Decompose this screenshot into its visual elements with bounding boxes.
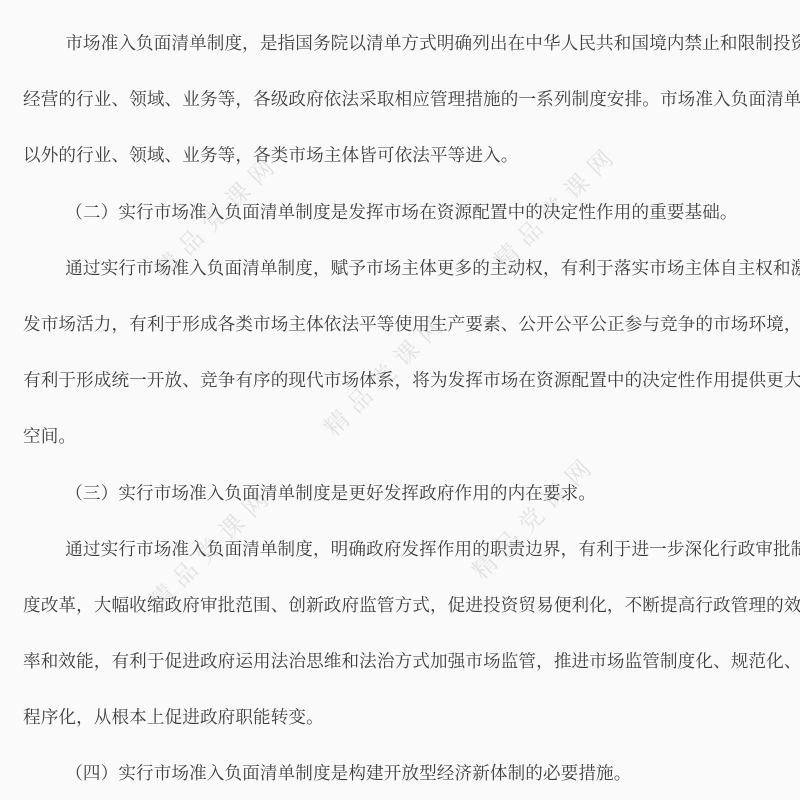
text-line: 通过实行市场准入负面清单制度，明确政府发挥作用的职责边界，有利于进一步深化行政审… (23, 522, 783, 578)
text-line: 经营的行业、领域、业务等，各级政府依法采取相应管理措施的一系列制度安排。市场准入… (23, 72, 783, 128)
text-line: 空间。 (23, 409, 783, 465)
text-line: 发市场活力，有利于形成各类市场主体依法平等使用生产要素、公开公平公正参与竞争的市… (23, 297, 783, 353)
text-line: 市场准入负面清单制度，是指国务院以清单方式明确列出在中华人民共和国境内禁止和限制… (23, 16, 783, 72)
text-line: 以外的行业、领域、业务等，各类市场主体皆可依法平等进入。 (23, 128, 783, 184)
text-line: 通过实行市场准入负面清单制度，赋予市场主体更多的主动权，有利于落实市场主体自主权… (23, 241, 783, 297)
text-line: 度改革，大幅收缩政府审批范围、创新政府监管方式，促进投资贸易便利化，不断提高行政… (23, 578, 783, 634)
document-body: 市场准入负面清单制度，是指国务院以清单方式明确列出在中华人民共和国境内禁止和限制… (0, 0, 800, 800)
text-line: 率和效能，有利于促进政府运用法治思维和法治方式加强市场监管，推进市场监管制度化、… (23, 634, 783, 690)
text-line: 有利于形成统一开放、竞争有序的现代市场体系，将为发挥市场在资源配置中的决定性作用… (23, 353, 783, 409)
text-line: 程序化，从根本上促进政府职能转变。 (23, 690, 783, 746)
text-line: （二）实行市场准入负面清单制度是发挥市场在资源配置中的决定性作用的重要基础。 (23, 185, 783, 241)
text-line: （四）实行市场准入负面清单制度是构建开放型经济新体制的必要措施。 (23, 746, 783, 800)
text-line: （三）实行市场准入负面清单制度是更好发挥政府作用的内在要求。 (23, 466, 783, 522)
